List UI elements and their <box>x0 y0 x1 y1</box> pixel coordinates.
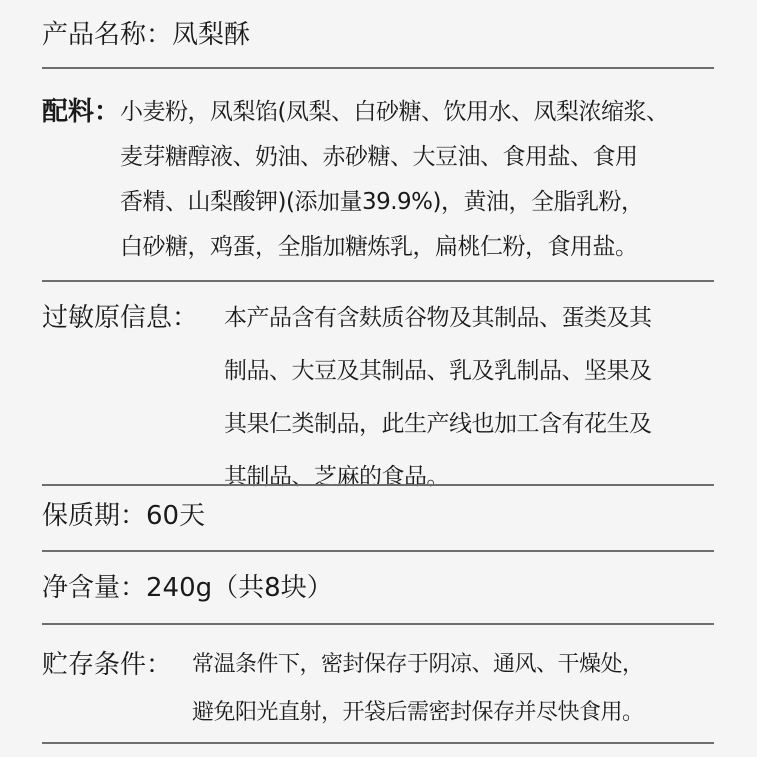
ingredients-line: 小麦粉，凤梨馅(凤梨、白砂糖、饮用水、凤梨浓缩浆、 <box>120 90 714 135</box>
ingredients-line: 麦芽糖醇液、奶油、赤砂糖、大豆油、食用盐、食用 <box>120 135 714 180</box>
ingredients-line: 白砂糖，鸡蛋，全脂加糖炼乳，扁桃仁粉，食用盐。 <box>120 225 714 270</box>
ingredients-label: 配料： <box>42 90 120 135</box>
storage-line: 常温条件下，密封保存于阴凉、通风、干燥处， <box>192 641 714 689</box>
net-content-value: 240g（共8块） <box>146 569 714 608</box>
divider <box>42 67 714 69</box>
allergens-value: 本产品含有含麸质谷物及其制品、蛋类及其 制品、大豆及其制品、乳及乳制品、坚果及 … <box>224 292 714 504</box>
divider <box>42 550 714 552</box>
shelf-life-row: 保质期： 60天 <box>42 497 714 536</box>
ingredients-row: 配料： 小麦粉，凤梨馅(凤梨、白砂糖、饮用水、凤梨浓缩浆、 麦芽糖醇液、奶油、赤… <box>42 90 714 270</box>
divider <box>42 623 714 625</box>
ingredients-line: 香精、山梨酸钾)(添加量39.9%)，黄油，全脂乳粉， <box>120 180 714 225</box>
product-name-value: 凤梨酥 <box>172 16 714 55</box>
net-content-label: 净含量： <box>42 569 146 608</box>
allergens-line: 本产品含有含麸质谷物及其制品、蛋类及其 <box>224 292 714 345</box>
divider <box>42 280 714 282</box>
allergens-line: 制品、大豆及其制品、乳及乳制品、坚果及 <box>224 345 714 398</box>
storage-line: 避免阳光直射，开袋后需密封保存并尽快食用。 <box>192 689 714 737</box>
allergens-label: 过敏原信息： <box>42 292 224 345</box>
shelf-life-value: 60天 <box>146 497 714 536</box>
storage-row: 贮存条件： 常温条件下，密封保存于阴凉、通风、干燥处， 避免阳光直射，开袋后需密… <box>42 641 714 737</box>
allergens-line: 其果仁类制品，此生产线也加工含有花生及 <box>224 398 714 451</box>
net-content-row: 净含量： 240g（共8块） <box>42 569 714 608</box>
storage-value: 常温条件下，密封保存于阴凉、通风、干燥处， 避免阳光直射，开袋后需密封保存并尽快… <box>192 641 714 737</box>
divider <box>42 484 714 486</box>
allergens-row: 过敏原信息： 本产品含有含麸质谷物及其制品、蛋类及其 制品、大豆及其制品、乳及乳… <box>42 292 714 504</box>
divider <box>42 742 714 744</box>
shelf-life-label: 保质期： <box>42 497 146 536</box>
product-name-label: 产品名称： <box>42 16 172 55</box>
ingredients-value: 小麦粉，凤梨馅(凤梨、白砂糖、饮用水、凤梨浓缩浆、 麦芽糖醇液、奶油、赤砂糖、大… <box>120 90 714 270</box>
product-name-row: 产品名称： 凤梨酥 <box>42 16 714 55</box>
storage-label: 贮存条件： <box>42 641 192 689</box>
